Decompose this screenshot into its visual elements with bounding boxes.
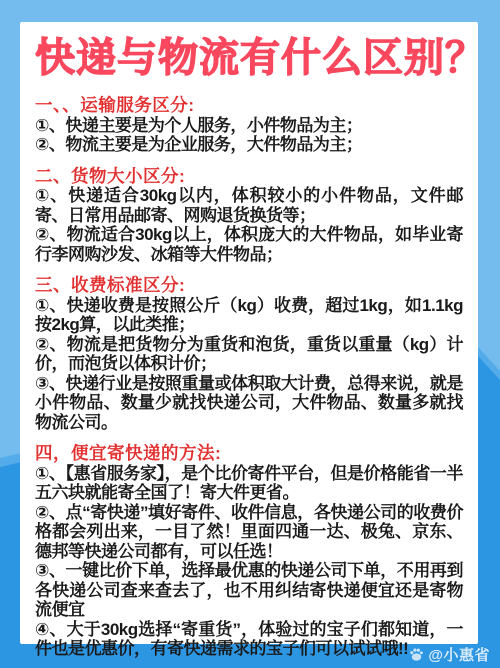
section-pricing-standard: 三、收费标准区分: ①、快递收费是按照公斤（kg）收费，超过1kg，如1.1kg… (35, 276, 463, 432)
watermark-handle: @小惠省 (428, 644, 490, 665)
list-item: ①、【惠省服务家】，是个比价寄件平台，但是价格能省一半五六块就能寄全国了！寄大件… (35, 464, 463, 503)
paw-icon (409, 647, 424, 662)
section-transport-service: 一、、运输服务区分: ①、快递主要是为个人服务，小件物品为主； ②、物流主要是为… (35, 96, 463, 155)
sections-container: 一、、运输服务区分: ①、快递主要是为个人服务，小件物品为主； ②、物流主要是为… (35, 96, 463, 659)
list-item: ②、物流是把货物分为重货和泡货，重货以重量（kg）计价，而泡货以体积计价； (35, 335, 463, 374)
list-item: ④、大于30kg选择“寄重货”，体验过的宝子们都知道，一件也是优惠价，有寄快递需… (35, 620, 463, 659)
section-heading: 一、、运输服务区分: (35, 96, 463, 116)
content-card: 快递与物流有什么区别？ 一、、运输服务区分: ①、快递主要是为个人服务，小件物品… (20, 22, 478, 644)
section-heading: 二、货物大小区分: (35, 167, 463, 187)
page-title: 快递与物流有什么区别？ (35, 32, 463, 84)
list-item: ③、一键比价下单，选择最优惠的快递公司下单，不用再到各快递公司查来查去了，也不用… (35, 561, 463, 620)
section-heading: 四，便宜寄快递的方法: (35, 444, 463, 464)
list-item: ③、快递行业是按照重量或体积取大计费，总得来说，就是小件物品、数量少就找快递公司… (35, 374, 463, 433)
list-item: ②、物流适合30kg以上，体积庞大的大件物品，如毕业寄行李网购沙发、冰箱等大件物… (35, 225, 463, 264)
list-item: ①、快递收费是按照公斤（kg）收费，超过1kg，如1.1kg按2kg算，以此类推… (35, 296, 463, 335)
watermark: @小惠省 (409, 644, 490, 665)
list-item: ①、快递主要是为个人服务，小件物品为主； (35, 116, 463, 136)
section-cargo-size: 二、货物大小区分: ①、快递适合30kg以内，体积较小的小件物品，文件邮寄、日常… (35, 167, 463, 265)
section-heading: 三、收费标准区分: (35, 276, 463, 296)
list-item: ②、物流主要是为企业服务，大件物品为主； (35, 135, 463, 155)
section-cheap-shipping-method: 四，便宜寄快递的方法: ①、【惠省服务家】，是个比价寄件平台，但是价格能省一半五… (35, 444, 463, 659)
list-item: ②、点“寄快递”填好寄件、收件信息，各快递公司的收费价格都会列出来，一目了然！里… (35, 503, 463, 562)
list-item: ①、快递适合30kg以内，体积较小的小件物品，文件邮寄、日常用品邮寄、网购退货换… (35, 186, 463, 225)
